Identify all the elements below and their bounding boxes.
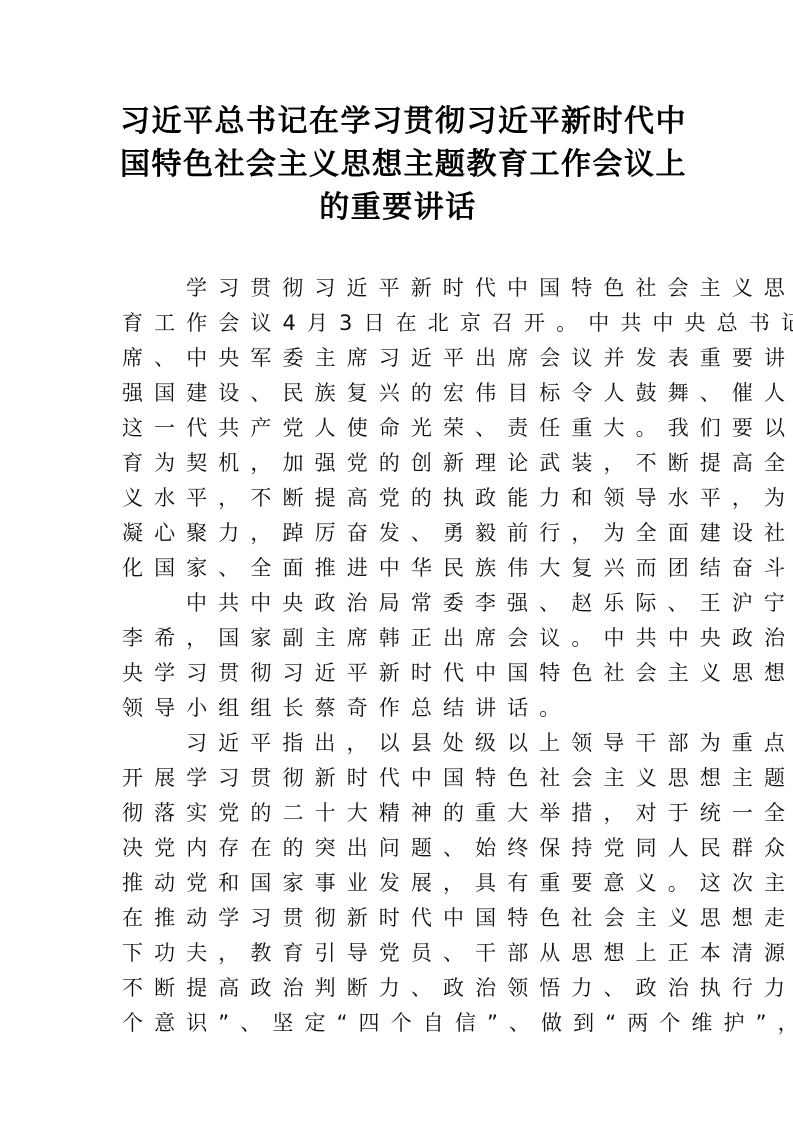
text-line: 开展学习贯彻新时代中国特色社会主义思想主题教育，是贯 [122, 761, 682, 796]
text-line: 席、中央军委主席习近平出席会议并发表重要讲话。他强调， [122, 341, 682, 376]
text-line: 不断提高政治判断力、政治领悟力、政治执行力，增强“四 [122, 971, 682, 1006]
text-line: 凝心聚力，踔厉奋发、勇毅前行，为全面建设社会主义现代 [122, 516, 682, 551]
text-line: 领导小组组长蔡奇作总结讲话。 [122, 691, 682, 726]
text-line: 推动党和国家事业发展，具有重要意义。这次主题教育，要 [122, 866, 682, 901]
text-line: 中共中央政治局常委李强、赵乐际、王沪宁、丁薛祥、 [122, 586, 682, 621]
text-line: 化国家、全面推进中华民族伟大复兴而团结奋斗。 [122, 551, 682, 586]
paragraph-1: 学习贯彻习近平新时代中国特色社会主义思想主题教 育工作会议4月3日在北京召开。中… [122, 271, 682, 586]
text-line: 下功夫，教育引导党员、干部从思想上正本清源、固本培元， [122, 936, 682, 971]
title-line: 习近平总书记在学习贯彻习近平新时代中 [120, 100, 676, 143]
text-line: 习近平指出，以县处级以上领导干部为重点在全党深入 [122, 726, 682, 761]
document-page: 习近平总书记在学习贯彻习近平新时代中 国特色社会主义思想主题教育工作会议上 的重… [0, 0, 793, 1122]
paragraph-2: 中共中央政治局常委李强、赵乐际、王沪宁、丁薛祥、 李希，国家副主席韩正出席会议。… [122, 586, 682, 726]
text-line: 强国建设、民族复兴的宏伟目标令人鼓舞、催人奋进，我们 [122, 376, 682, 411]
text-line: 个意识”、坚定“四个自信”、做到“两个维护”，始终在 [122, 1006, 682, 1041]
title-line: 国特色社会主义思想主题教育工作会议上 [120, 143, 676, 186]
text-line: 育工作会议4月3日在北京召开。中共中央总书记、国家主 [122, 306, 682, 341]
title-line: 的重要讲话 [120, 186, 676, 229]
text-line: 决党内存在的突出问题、始终保持党同人民群众血肉联系、 [122, 831, 682, 866]
text-line: 义水平，不断提高党的执政能力和领导水平，为奋进新征程 [122, 481, 682, 516]
text-line: 央学习贯彻习近平新时代中国特色社会主义思想主题教育 [122, 656, 682, 691]
text-line: 李希，国家副主席韩正出席会议。中共中央政治局常委、中 [122, 621, 682, 656]
text-line: 育为契机，加强党的创新理论武装，不断提高全党马克思主 [122, 446, 682, 481]
document-body: 学习贯彻习近平新时代中国特色社会主义思想主题教 育工作会议4月3日在北京召开。中… [122, 271, 682, 1041]
text-line: 在推动学习贯彻新时代中国特色社会主义思想走深走实上 [122, 901, 682, 936]
text-line: 这一代共产党人使命光荣、责任重大。我们要以这次主题教 [122, 411, 682, 446]
document-title: 习近平总书记在学习贯彻习近平新时代中 国特色社会主义思想主题教育工作会议上 的重… [120, 100, 676, 229]
text-line: 彻落实党的二十大精神的重大举措，对于统一全党思想、解 [122, 796, 682, 831]
text-line: 学习贯彻习近平新时代中国特色社会主义思想主题教 [122, 271, 682, 306]
paragraph-3: 习近平指出，以县处级以上领导干部为重点在全党深入 开展学习贯彻新时代中国特色社会… [122, 726, 682, 1041]
